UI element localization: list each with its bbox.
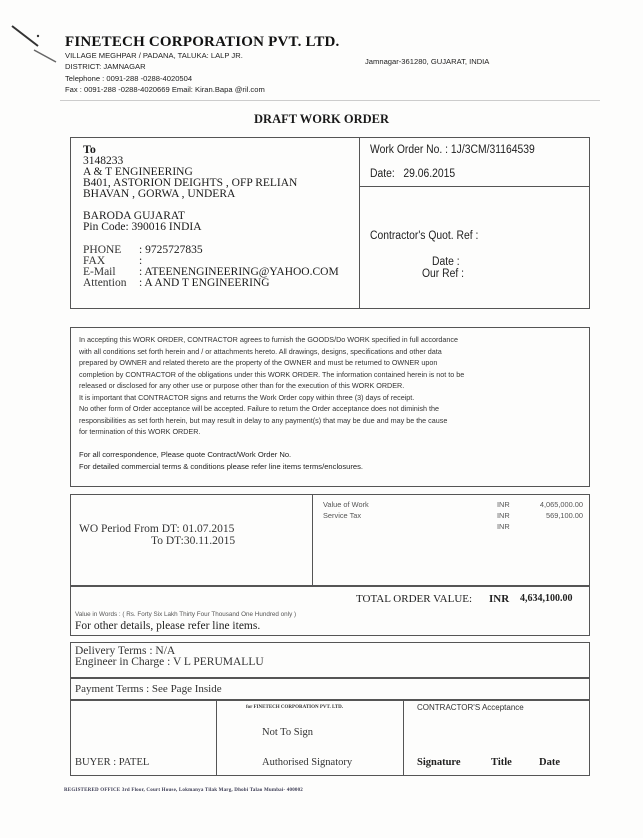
period-to-label: To DT: xyxy=(151,535,184,547)
service-tax-currency: INR xyxy=(497,511,510,520)
our-ref-label: Our Ref : xyxy=(422,268,464,280)
contractor-acceptance-cell: CONTRACTOR'S Acceptance Signature Title … xyxy=(403,701,589,775)
work-order-number-label: Work Order No. : xyxy=(370,144,448,156)
quot-date-label: Date : xyxy=(432,256,460,268)
engineer-in-charge: Engineer in Charge : V L PERUMALLU xyxy=(75,657,264,668)
attention-value: : A AND T ENGINEERING xyxy=(139,277,270,289)
signature-label: Signature xyxy=(417,757,461,768)
date-label: Date xyxy=(539,757,560,768)
header-rule xyxy=(60,100,600,101)
commercial-terms-note: For detailed commercial terms & conditio… xyxy=(79,462,363,471)
staple-mark-icon xyxy=(10,24,60,64)
work-order-date-value: 29.06.2015 xyxy=(403,168,455,180)
terms-line: In accepting this WORK ORDER, CONTRACTOR… xyxy=(79,334,584,346)
contractor-quot-ref-label: Contractor's Quot. Ref : xyxy=(370,230,478,242)
authorised-signatory: Authorised Signatory xyxy=(262,757,352,768)
phone-value: : 9725727835 xyxy=(139,244,203,256)
attention-label: Attention xyxy=(83,277,126,289)
terms-line: No other form of Order acceptance will b… xyxy=(79,403,584,415)
value-in-words: Value in Words : ( Rs. Forty Six Lakh Th… xyxy=(75,611,296,618)
company-name: FINETECH CORPORATION PVT. LTD. xyxy=(65,34,340,51)
company-telephone: Telephone : 0091-288 -0288-4020504 xyxy=(65,74,192,83)
not-to-sign: Not To Sign xyxy=(262,727,313,738)
value-of-work-currency: INR xyxy=(497,500,510,509)
work-order-number-value: 1J/3CM/31164539 xyxy=(451,144,535,156)
company-city: Jamnagar-361280, GUJARAT, INDIA xyxy=(365,57,489,66)
delivery-box: Delivery Terms : N/A Engineer in Charge … xyxy=(70,642,590,678)
terms-line: released or disclosed for any other use … xyxy=(79,380,584,392)
wo-period-box: WO Period From DT: 01.07.2015 To DT:30.1… xyxy=(70,494,313,586)
period-to: To DT:30.11.2015 xyxy=(151,535,235,547)
other-details-note: For other details, please refer line ite… xyxy=(75,620,260,632)
company-signatory-cell: for FINETECH CORPORATION PVT. LTD. Not T… xyxy=(216,701,404,775)
work-order-box: Work Order No. : 1J/3CM/31164539 Date: 2… xyxy=(359,137,590,309)
company-caption: for FINETECH CORPORATION PVT. LTD. xyxy=(246,705,343,710)
terms-line: completion by CONTRACTOR of the obligati… xyxy=(79,369,584,381)
period-to-date: 30.11.2015 xyxy=(184,535,235,547)
terms-line: responsibilities as set forth herein, bu… xyxy=(79,415,584,427)
vendor-pin-code: Pin Code: 390016 INDIA xyxy=(83,222,202,233)
vendor-address-line2: BHAVAN , GORWA , UNDERA xyxy=(83,189,235,200)
terms-line: with all conditions set forth herein and… xyxy=(79,346,584,358)
buyer-name: BUYER : PATEL xyxy=(75,757,149,768)
company-fax-email: Fax : 0091-288 -0288-4020669 Email: Kira… xyxy=(65,85,265,94)
correspondence-note: For all correspondence, Please quote Con… xyxy=(79,450,291,459)
recipient-box: To 3148233 A & T ENGINEERING B401, ASTOR… xyxy=(70,137,360,309)
service-tax-amount: 569,100.00 xyxy=(546,511,583,520)
terms-line: for termination of this WORK ORDER. xyxy=(79,426,584,438)
to-heading: To xyxy=(83,144,96,155)
terms-line: It is important that CONTRACTOR signs an… xyxy=(79,392,584,404)
work-order-date-label: Date: xyxy=(370,168,395,180)
payment-terms: Payment Terms : See Page Inside xyxy=(75,683,222,695)
value-box: Value of Work INR 4,065,000.00 Service T… xyxy=(312,494,590,586)
period-from-date: 01.07.2015 xyxy=(183,523,235,535)
terms-box: In accepting this WORK ORDER, CONTRACTOR… xyxy=(70,327,590,487)
work-order-number: Work Order No. : 1J/3CM/31164539 xyxy=(370,144,535,156)
total-order-value-label: TOTAL ORDER VALUE: xyxy=(356,593,472,605)
document-title: DRAFT WORK ORDER xyxy=(0,112,643,127)
buyer-cell: BUYER : PATEL xyxy=(71,701,217,775)
registered-office-footer: REGISTERED OFFICE 3rd Floor, Court House… xyxy=(64,788,303,793)
work-order-divider xyxy=(360,186,589,187)
total-order-value: 4,634,100.00 xyxy=(520,593,573,604)
extra-currency: INR xyxy=(497,522,510,531)
work-order-date: Date: 29.06.2015 xyxy=(370,168,455,180)
value-of-work-amount: 4,065,000.00 xyxy=(540,500,583,509)
payment-terms-box: Payment Terms : See Page Inside xyxy=(70,678,590,700)
signature-row: BUYER : PATEL for FINETECH CORPORATION P… xyxy=(70,700,590,776)
total-box: TOTAL ORDER VALUE: INR 4,634,100.00 Valu… xyxy=(70,586,590,636)
service-tax-label: Service Tax xyxy=(323,511,361,520)
contractor-acceptance-heading: CONTRACTOR'S Acceptance xyxy=(417,703,524,712)
value-of-work-label: Value of Work xyxy=(323,500,369,509)
title-label: Title xyxy=(491,757,512,768)
terms-line: prepared by OWNER and related thereto ar… xyxy=(79,357,584,369)
total-currency: INR xyxy=(489,593,509,605)
company-address-line: VILLAGE MEGHPAR / PADANA, TALUKA: LALP J… xyxy=(65,51,243,60)
company-district: DISTRICT: JAMNAGAR xyxy=(65,62,146,71)
period-from-label: WO Period From DT: xyxy=(79,523,180,535)
period-from: WO Period From DT: 01.07.2015 xyxy=(79,523,234,535)
